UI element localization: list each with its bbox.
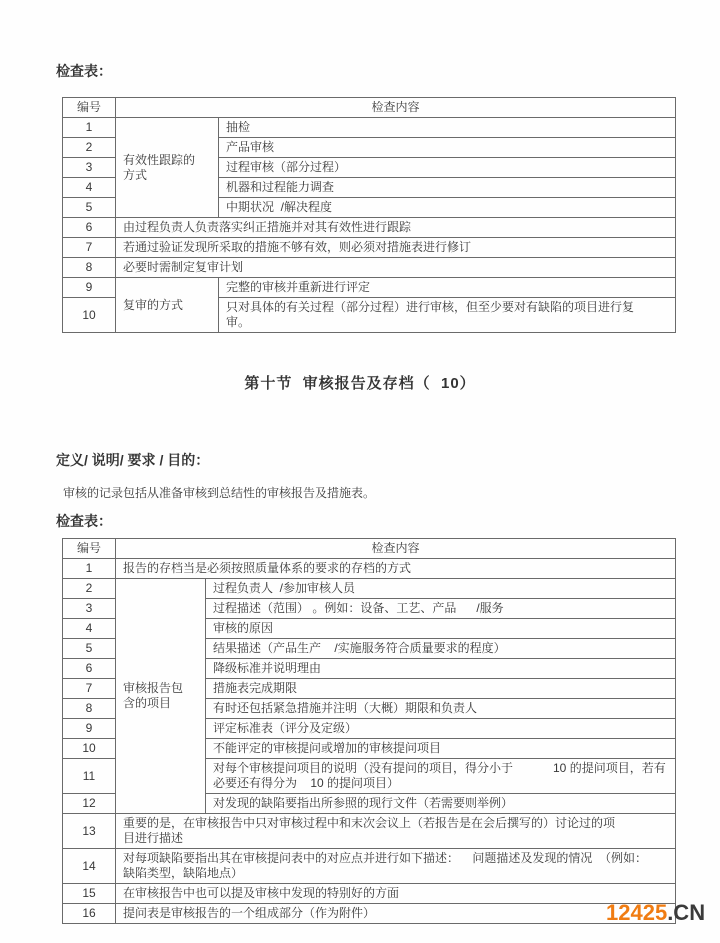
col-id-header: 编号 — [63, 98, 116, 118]
row-group-cell: 审核报告包 含的项目 — [116, 579, 206, 814]
table-row: 2 审核报告包 含的项目 过程负责人 /参加审核人员 — [63, 579, 676, 599]
watermark-domain: .CN — [667, 900, 705, 925]
row-id-cell: 10 — [63, 298, 116, 333]
row-id-cell: 8 — [63, 258, 116, 278]
row-id-cell: 2 — [63, 579, 116, 599]
table-row: 1 有效性跟踪的 方式 抽检 — [63, 118, 676, 138]
table-row: 9 复审的方式 完整的审核并重新进行评定 — [63, 278, 676, 298]
row-content-cell: 对每个审核提问项目的说明（没有提问的项目，得分小于 10 的提问项目，若有 必要… — [206, 759, 676, 794]
checklist-table-1: 编号 检查内容 1 有效性跟踪的 方式 抽检 2 产品审核 3 过程审核（部分过… — [62, 97, 676, 333]
table-row: 13 重要的是，在审核报告中只对审核过程中和末次会议上（若报告是在会后撰写的）讨… — [63, 814, 676, 849]
row-content-cell: 完整的审核并重新进行评定 — [219, 278, 676, 298]
row-id-cell: 16 — [63, 904, 116, 924]
table-row: 16 提问表是审核报告的一个组成部分（作为附件） — [63, 904, 676, 924]
row-id-cell: 14 — [63, 849, 116, 884]
col-id-header: 编号 — [63, 539, 116, 559]
row-content-cell: 提问表是审核报告的一个组成部分（作为附件） — [116, 904, 676, 924]
row-content-cell: 不能评定的审核提问或增加的审核提问项目 — [206, 739, 676, 759]
row-id-cell: 5 — [63, 198, 116, 218]
row-content-cell: 过程审核（部分过程） — [219, 158, 676, 178]
row-content-cell: 评定标准表（评分及定级） — [206, 719, 676, 739]
row-content-cell: 机器和过程能力调查 — [219, 178, 676, 198]
row-content-cell: 在审核报告中也可以提及审核中发现的特别好的方面 — [116, 884, 676, 904]
row-id-cell: 10 — [63, 739, 116, 759]
row-content-cell: 措施表完成期限 — [206, 679, 676, 699]
table-row: 1 报告的存档当是必须按照质量体系的要求的存档的方式 — [63, 559, 676, 579]
row-content-cell: 抽检 — [219, 118, 676, 138]
row-id-cell: 8 — [63, 699, 116, 719]
row-id-cell: 4 — [63, 178, 116, 198]
row-id-cell: 1 — [63, 559, 116, 579]
col-content-header: 检查内容 — [116, 98, 676, 118]
row-content-cell: 中期状况 /解决程度 — [219, 198, 676, 218]
row-content-cell: 过程负责人 /参加审核人员 — [206, 579, 676, 599]
row-id-cell: 2 — [63, 138, 116, 158]
row-id-cell: 1 — [63, 118, 116, 138]
row-id-cell: 7 — [63, 679, 116, 699]
row-id-cell: 4 — [63, 619, 116, 639]
row-content-cell: 报告的存档当是必须按照质量体系的要求的存档的方式 — [116, 559, 676, 579]
row-group-cell: 有效性跟踪的 方式 — [116, 118, 219, 218]
row-content-cell: 必要时需制定复审计划 — [116, 258, 676, 278]
definition-text: 审核的记录包括从准备审核到总结性的审核报告及措施表。 — [63, 484, 375, 501]
row-content-cell: 结果描述（产品生产 /实施服务符合质量要求的程度） — [206, 639, 676, 659]
row-content-cell: 过程描述（范围） 。例如：设备、工艺、产品 /服务 — [206, 599, 676, 619]
table-header-row: 编号 检查内容 — [63, 539, 676, 559]
watermark-number: 12425 — [606, 900, 667, 925]
row-id-cell: 13 — [63, 814, 116, 849]
row-content-cell: 重要的是，在审核报告中只对审核过程中和末次会议上（若报告是在会后撰写的）讨论过的… — [116, 814, 676, 849]
checklist-table-2: 编号 检查内容 1 报告的存档当是必须按照质量体系的要求的存档的方式 2 审核报… — [62, 538, 676, 924]
row-id-cell: 6 — [63, 218, 116, 238]
row-id-cell: 12 — [63, 794, 116, 814]
row-content-cell: 有时还包括紧急措施并注明（大概）期限和负责人 — [206, 699, 676, 719]
table-row: 6 由过程负责人负责落实纠正措施并对其有效性进行跟踪 — [63, 218, 676, 238]
table-row: 7 若通过验证发现所采取的措施不够有效，则必须对措施表进行修订 — [63, 238, 676, 258]
watermark: 12425.CN — [606, 900, 705, 926]
row-group-cell: 复审的方式 — [116, 278, 219, 333]
row-content-cell: 审核的原因 — [206, 619, 676, 639]
row-content-cell: 降级标准并说明理由 — [206, 659, 676, 679]
section-title: 第十节 审核报告及存档（ 10） — [0, 372, 720, 393]
row-id-cell: 5 — [63, 639, 116, 659]
row-content-cell: 对每项缺陷要指出其在审核提问表中的对应点并进行如下描述： 问题描述及发现的情况 … — [116, 849, 676, 884]
row-id-cell: 15 — [63, 884, 116, 904]
checklist-label-2: 检查表： — [56, 511, 112, 531]
row-content-cell: 若通过验证发现所采取的措施不够有效，则必须对措施表进行修订 — [116, 238, 676, 258]
checklist-label-1: 检查表： — [56, 61, 112, 81]
table-header-row: 编号 检查内容 — [63, 98, 676, 118]
table-row: 8 必要时需制定复审计划 — [63, 258, 676, 278]
row-id-cell: 7 — [63, 238, 116, 258]
row-id-cell: 9 — [63, 719, 116, 739]
row-content-cell: 产品审核 — [219, 138, 676, 158]
row-id-cell: 11 — [63, 759, 116, 794]
definition-heading: 定义/ 说明/ 要求 / 目的： — [56, 450, 209, 470]
row-id-cell: 3 — [63, 599, 116, 619]
row-content-cell: 由过程负责人负责落实纠正措施并对其有效性进行跟踪 — [116, 218, 676, 238]
row-content-cell: 只对具体的有关过程（部分过程）进行审核，但至少要对有缺陷的项目进行复 审。 — [219, 298, 676, 333]
row-id-cell: 9 — [63, 278, 116, 298]
col-content-header: 检查内容 — [116, 539, 676, 559]
row-content-cell: 对发现的缺陷要指出所参照的现行文件（若需要则举例） — [206, 794, 676, 814]
table-row: 15 在审核报告中也可以提及审核中发现的特别好的方面 — [63, 884, 676, 904]
row-id-cell: 3 — [63, 158, 116, 178]
row-id-cell: 6 — [63, 659, 116, 679]
document-page: 检查表： 编号 检查内容 1 有效性跟踪的 方式 抽检 2 产品审核 3 过程审… — [0, 0, 720, 943]
table-row: 14 对每项缺陷要指出其在审核提问表中的对应点并进行如下描述： 问题描述及发现的… — [63, 849, 676, 884]
